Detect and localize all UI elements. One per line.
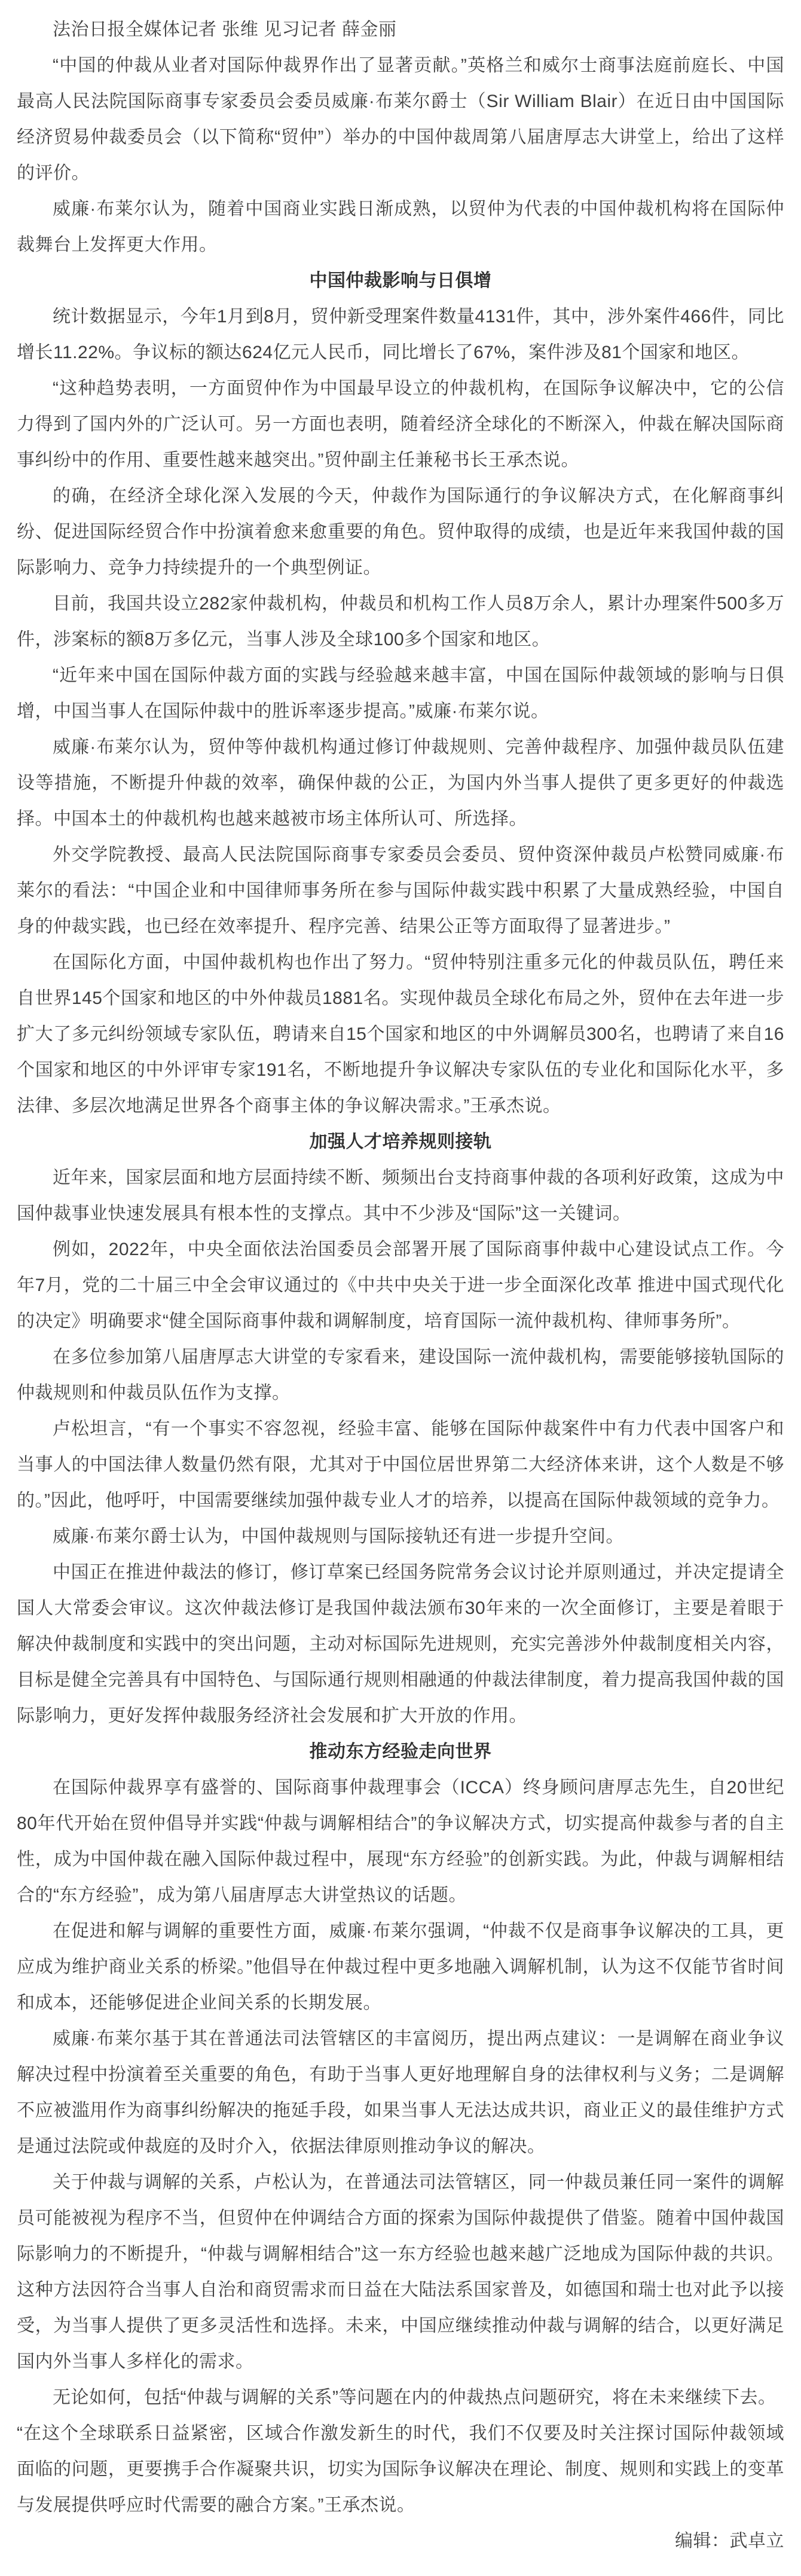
paragraph: 在国际仲裁界享有盛誉的、国际商事仲裁理事会（ICCA）终身顾问唐厚志先生，自20…: [17, 1770, 784, 1913]
paragraph: 威廉·布莱尔基于其在普通法司法管辖区的丰富阅历，提出两点建议：一是调解在商业争议…: [17, 2021, 784, 2165]
paragraph: 外交学院教授、最高人民法院国际商事专家委员会委员、贸仲资深仲裁员卢松赞同威廉·布…: [17, 837, 784, 945]
paragraph: “这种趋势表明，一方面贸仲作为中国最早设立的仲裁机构，在国际争议解决中，它的公信…: [17, 371, 784, 478]
paragraph: 近年来，国家层面和地方层面持续不断、频频出台支持商事仲裁的各项利好政策，这成为中…: [17, 1160, 784, 1232]
paragraph-flush: “在这个全球联系日益紧密，区域合作激发新生的时代，我们不仅要及时关注探讨国际仲裁…: [17, 2416, 784, 2523]
paragraph: 卢松坦言，“有一个事实不容忽视，经验丰富、能够在国际仲裁案件中有力代表中国客户和…: [17, 1411, 784, 1519]
paragraph: 统计数据显示，今年1月到8月，贸仲新受理案件数量4131件，其中，涉外案件466…: [17, 299, 784, 371]
article-body: 法治日报全媒体记者 张维 见习记者 薛金丽“中国的仲裁从业者对国际仲裁界作出了显…: [0, 0, 801, 2576]
paragraph: 的确，在经济全球化深入发展的今天，仲裁作为国际通行的争议解决方式，在化解商事纠纷…: [17, 478, 784, 586]
paragraph: 目前，我国共设立282家仲裁机构，仲裁员和机构工作人员8万余人，累计办理案件50…: [17, 586, 784, 658]
editor-credit: 编辑：武卓立: [17, 2523, 784, 2559]
paragraph: 在促进和解与调解的重要性方面，威廉·布莱尔强调，“仲裁不仅是商事争议解决的工具，…: [17, 1913, 784, 2021]
paragraph: 威廉·布莱尔爵士认为，中国仲裁规则与国际接轨还有进一步提升空间。: [17, 1519, 784, 1555]
section-heading: 推动东方经验走向世界: [17, 1734, 784, 1770]
byline: 法治日报全媒体记者 张维 见习记者 薛金丽: [17, 12, 784, 48]
section-heading: 加强人才培养规则接轨: [17, 1124, 784, 1160]
paragraph: 中国正在推进仲裁法的修订，修订草案已经国务院常务会议讨论并原则通过，并决定提请全…: [17, 1555, 784, 1734]
paragraph: 威廉·布莱尔认为，随着中国商业实践日渐成熟，以贸仲为代表的中国仲裁机构将在国际仲…: [17, 191, 784, 263]
section-heading: 中国仲裁影响与日俱增: [17, 263, 784, 299]
paragraph: 无论如何，包括“仲裁与调解的关系”等问题在内的仲裁热点问题研究，将在未来继续下去…: [17, 2380, 784, 2416]
paragraph: 威廉·布莱尔认为，贸仲等仲裁机构通过修订仲裁规则、完善仲裁程序、加强仲裁员队伍建…: [17, 730, 784, 837]
paragraph: 例如，2022年，中央全面依法治国委员会部署开展了国际商事仲裁中心建设试点工作。…: [17, 1232, 784, 1339]
paragraph: “近年来中国在国际仲裁方面的实践与经验越来越丰富，中国在国际仲裁领域的影响与日俱…: [17, 658, 784, 730]
paragraph: “中国的仲裁从业者对国际仲裁界作出了显著贡献。”英格兰和威尔士商事法庭前庭长、中…: [17, 48, 784, 191]
paragraph: 关于仲裁与调解的关系，卢松认为，在普通法司法管辖区，同一仲裁员兼任同一案件的调解…: [17, 2165, 784, 2380]
paragraph: 在多位参加第八届唐厚志大讲堂的专家看来，建设国际一流仲裁机构，需要能够接轨国际的…: [17, 1339, 784, 1411]
paragraph: 在国际化方面，中国仲裁机构也作出了努力。“贸仲特别注重多元化的仲裁员队伍，聘任来…: [17, 945, 784, 1124]
